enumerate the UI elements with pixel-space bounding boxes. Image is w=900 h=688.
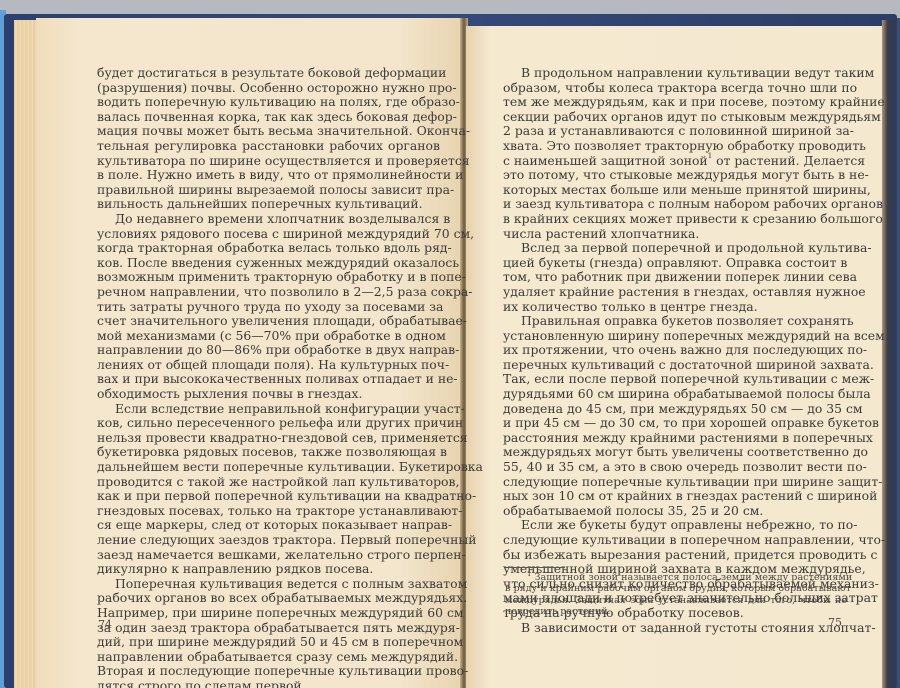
text-fragment: Защитной зоной называется полоса земли м…: [535, 572, 853, 583]
text-line: культиватора по ширине осуществляется и …: [97, 154, 440, 169]
text-line: как и при первой поперечной культивации …: [97, 489, 440, 504]
text-line: их количество только в центре гнезда.: [503, 300, 847, 315]
text-line: (разрушения) почвы. Особенно осторожно н…: [97, 81, 440, 96]
text-line: дальнейшем вести поперечные культивации.…: [97, 460, 440, 475]
text-line: ление следующих заездов трактора. Первый…: [97, 533, 440, 548]
text-line: возможным применить тракторную обработку…: [97, 270, 440, 285]
page-edges-right: [882, 20, 896, 688]
text-line: проводится с такой же настройкой лап кул…: [97, 475, 440, 490]
text-fragment: с наименьшей защитной зоной: [503, 153, 708, 168]
text-line: До недавнего времени хлопчатник возделыв…: [97, 212, 440, 227]
text-line: нельзя провести квадратно-гнездовой сев,…: [97, 431, 440, 446]
text-line: счет значительного увеличения площади, о…: [97, 314, 440, 329]
text-line: заезд намечается вешками, желательно стр…: [97, 548, 440, 563]
text-line: секции рабочих органов идут по стыковым …: [503, 110, 847, 125]
text-line: доведена до 45 см, при междурядьях 50 см…: [503, 402, 847, 417]
text-line: Вторая и последующие поперечные культива…: [97, 664, 440, 679]
text-line: вильность дальнейших поперечных культива…: [97, 197, 440, 212]
text-line: их протяжении, что очень важно для после…: [503, 343, 847, 358]
text-line: правильной ширины вырезаемой полосы зави…: [97, 183, 440, 198]
footnote-divider: [505, 567, 565, 568]
text-line: дикулярно к направлению рядков посева.: [97, 562, 440, 577]
text-line: Поперечная культивация ведется с полным …: [97, 577, 440, 592]
text-line: водить поперечную культивацию на полях, …: [97, 95, 440, 110]
text-line: хвата. Это позволяет тракторную обработк…: [503, 139, 847, 154]
text-line: ных зон 10 см от крайних в гнездах расте…: [503, 489, 847, 504]
text-line: числа растений хлопчатника.: [503, 227, 847, 242]
text-line: ся еще маркеры, след от которых показыва…: [97, 518, 440, 533]
text-line: и заезд культиватора с полным набором ра…: [503, 197, 847, 212]
text-line: междурядьях могут быть увеличены соответ…: [503, 445, 847, 460]
footnote-marker: 1: [527, 570, 531, 578]
text-line: 55, 40 и 35 см, а это в свою очередь поз…: [503, 460, 847, 475]
page-number-left: 74: [98, 618, 112, 631]
text-line: образом, чтобы колеса трактора всегда то…: [503, 81, 847, 96]
footnote-line: в ряду и крайним рабочим органом орудия,…: [505, 583, 847, 594]
text-line: за один заезд трактора обрабатывается пя…: [97, 621, 440, 636]
text-line: и при 45 см — до 30 см, то при хорошей о…: [503, 416, 847, 431]
text-line: удаляет крайние растения в гнездах, оста…: [503, 285, 847, 300]
text-line: дурядьями 60 см ширина обрабатываемой по…: [503, 387, 847, 402]
text-line: бы избежать вырезания растений, придется…: [503, 548, 847, 563]
page-number-right: 75: [828, 616, 842, 629]
text-line: цией букеты (гнезда) оправляют. Оправка …: [503, 256, 847, 271]
text-line: обрабатываемой полосы 35, 25 и 20 см.: [503, 504, 847, 519]
text-line: обходимость рыхления почвы в гнездах.: [97, 387, 440, 402]
text-line: тем же междурядьям, как и при посеве, по…: [503, 95, 847, 110]
text-line: валась почвенная корка, так как здесь бо…: [97, 110, 440, 125]
text-line: направлении до 80—86% при обработке в дв…: [97, 343, 440, 358]
footnote-line: междурядья. Защитная зона устанавливаетс…: [505, 595, 847, 606]
left-page-text: будет достигаться в результате боковой д…: [97, 66, 440, 688]
text-line: рабочих органов во всех обрабатываемых м…: [97, 591, 440, 606]
text-line: Например, при ширине поперечных междуряд…: [97, 606, 440, 621]
text-line: ков, сильно пересеченного рельефа или др…: [97, 416, 440, 431]
text-line: которых местах больше или меньше принято…: [503, 183, 847, 198]
text-line: в поле. Нужно иметь в виду, что от прямо…: [97, 168, 440, 183]
text-line: ков. После введения суженных междурядий …: [97, 256, 440, 271]
footnote-line: 1 Защитной зоной называется полоса земли…: [505, 572, 847, 583]
text-line: В продольном направлении культивации вед…: [503, 66, 847, 81]
text-line: дятся строго по следам первой.: [97, 679, 440, 688]
text-line: Если же букеты будут оправлены небрежно,…: [503, 518, 847, 533]
footnote: 1 Защитной зоной называется полоса земли…: [505, 572, 847, 618]
text-line-with-footnote-ref: с наименьшей защитной зоной1 от растений…: [503, 154, 847, 169]
text-line: Так, если после первой поперечной культи…: [503, 372, 847, 387]
text-line: мация почвы может быть весьма значительн…: [97, 124, 440, 139]
text-line: в крайних секциях может привести к среза…: [503, 212, 847, 227]
text-line: дий, при ширине междурядий 50 и 45 см в …: [97, 635, 440, 650]
text-line: букетировка рядовых посевов, также позво…: [97, 445, 440, 460]
text-line: условиях рядового посева с шириной между…: [97, 227, 440, 242]
text-line: лениях от общей площади поля). На культу…: [97, 358, 440, 373]
text-line: вах и при высококачественных поливах отп…: [97, 372, 440, 387]
text-line: мой механизмами (с 56—70% при обработке …: [97, 329, 440, 344]
text-line: расстояния между крайними растениями в п…: [503, 431, 847, 446]
text-line: речном направлении, что позволило в 2—2,…: [97, 285, 440, 300]
text-line: следующие культивации в поперечном напра…: [503, 533, 847, 548]
text-fragment: от растений. Делается: [712, 153, 865, 168]
text-line: когда тракторная обработка велась только…: [97, 241, 440, 256]
text-line: Правильная оправка букетов позволяет сох…: [503, 314, 847, 329]
text-line: Вслед за первой поперечной и продольной …: [503, 241, 847, 256]
text-line: В зависимости от заданной густоты стояни…: [503, 621, 847, 636]
text-line: Если вследствие неправильной конфигураци…: [97, 402, 440, 417]
text-line: перечных культиваций с достаточной ширин…: [503, 358, 847, 373]
text-line: будет достигаться в результате боковой д…: [97, 66, 440, 81]
text-line: том, что работник при движении поперек л…: [503, 270, 847, 285]
text-line: 2 раза и устанавливаются с половинной ши…: [503, 124, 847, 139]
text-line: тить затраты ручного труда по уходу за п…: [97, 300, 440, 315]
text-line: гнездовых посевах, только на тракторе ус…: [97, 504, 440, 519]
right-page-text: В продольном направлении культивации вед…: [503, 66, 847, 635]
footnote-ref: 1: [708, 152, 712, 160]
text-line: это потому, что стыковые междурядья могу…: [503, 168, 847, 183]
text-line: установленную ширину поперечных междуряд…: [503, 329, 847, 344]
text-line: направлении обрабатывается сразу семь ме…: [97, 650, 440, 665]
text-line: следующие поперечные культивации при шир…: [503, 475, 847, 490]
text-line: тельная регулировка расстановки рабочих …: [97, 139, 440, 154]
footnote-line: повредить растений.: [505, 606, 847, 617]
